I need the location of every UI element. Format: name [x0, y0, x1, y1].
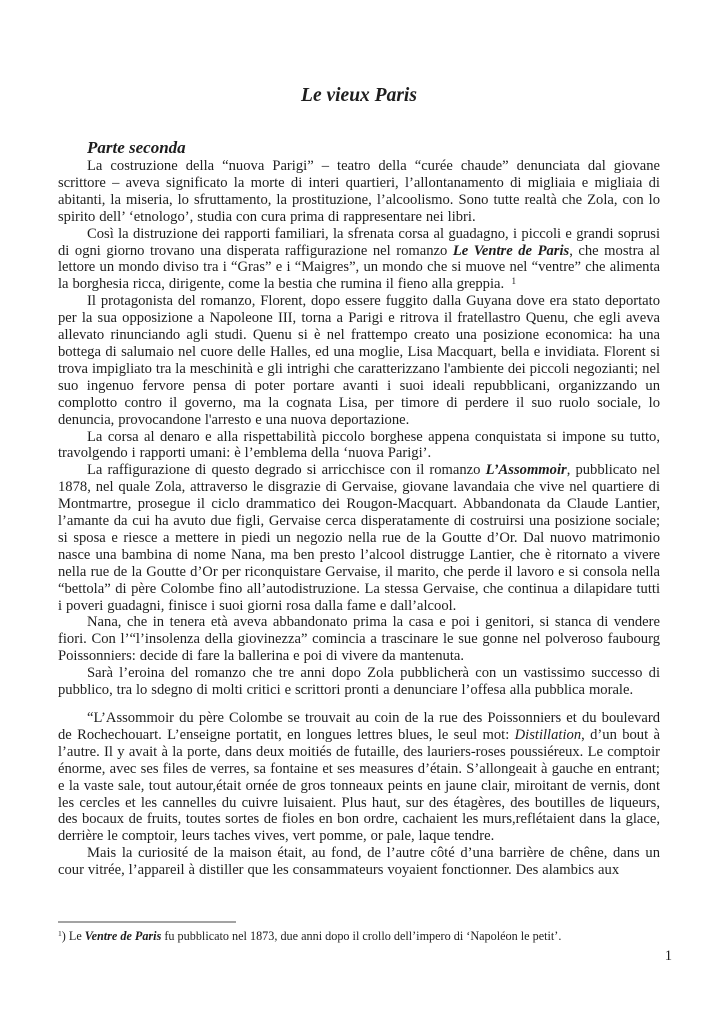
footnote-text: ) Le Ventre de Paris fu pubblicato nel 1… [62, 929, 562, 943]
text-run: , d’un bout à l’autre. Il y avait à la p… [58, 727, 660, 844]
paragraph: Mais la curiosité de la maison était, au… [58, 845, 660, 879]
paragraph: La costruzione della “nuova Parigi” – te… [58, 158, 660, 226]
text-run: ) Le [62, 929, 85, 943]
section-heading: Parte seconda [87, 138, 186, 157]
paragraph: La corsa al denaro e alla rispettabilità… [58, 429, 660, 463]
body-paragraphs: La costruzione della “nuova Parigi” – te… [58, 158, 660, 879]
footnote-separator [58, 921, 236, 923]
text-run: Sarà l’eroina del romanzo che tre anni d… [58, 665, 660, 698]
paragraph: Così la distruzione dei rapporti familia… [58, 226, 660, 294]
paragraph: Il protagonista del romanzo, Florent, do… [58, 293, 660, 428]
paragraph: Sarà l’eroina del romanzo che tre anni d… [58, 665, 660, 699]
page-number: 1 [665, 948, 672, 964]
footnote: 1) Le Ventre de Paris fu pubblicato nel … [58, 929, 660, 944]
text-run: La costruzione della “nuova Parigi” – te… [58, 158, 660, 225]
footnote-marker: 1 [58, 929, 62, 938]
document-page: Le vieux Paris Parte seconda La costruzi… [0, 0, 724, 1024]
text-run-bolditalic: Ventre de Paris [85, 929, 162, 943]
text-run: Mais la curiosité de la maison était, au… [58, 845, 660, 878]
text-run-bolditalic: L’Assommoir [486, 462, 567, 478]
text-run: Il protagonista del romanzo, Florent, do… [58, 293, 660, 427]
page-title: Le vieux Paris [58, 85, 660, 107]
text-run: Nana, che in tenera età aveva abbandonat… [58, 614, 660, 664]
paragraph: Nana, che in tenera età aveva abbandonat… [58, 614, 660, 665]
footnote-area: 1) Le Ventre de Paris fu pubblicato nel … [58, 921, 660, 944]
text-run: , pubblicato nel 1878, nel quale Zola, a… [58, 462, 660, 613]
text-run-bolditalic: Le Ventre de Paris [453, 243, 569, 259]
text-run-sup: 1 [511, 276, 516, 286]
text-run-italic: Distillation [515, 727, 582, 743]
text-run: La raffigurazione di questo degrado si a… [87, 462, 486, 478]
paragraph: “L’Assommoir du père Colombe se trouvait… [58, 710, 660, 845]
text-run: La corsa al denaro e alla rispettabilità… [58, 429, 660, 462]
paragraph: La raffigurazione di questo degrado si a… [58, 462, 660, 614]
text-run: fu pubblicato nel 1873, due anni dopo il… [161, 929, 561, 943]
